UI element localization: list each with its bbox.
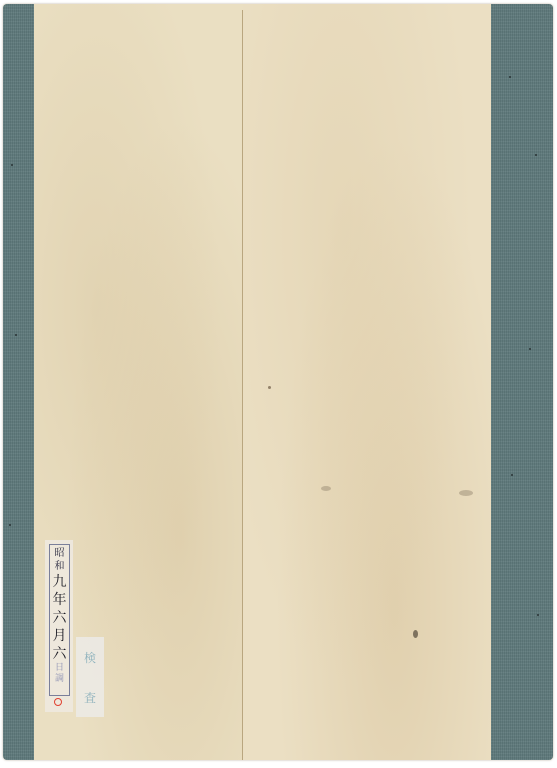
year-char-2: 年 bbox=[53, 591, 67, 609]
year-char-1: 九 bbox=[53, 573, 67, 591]
right-cloth-binding bbox=[491, 4, 553, 760]
day-char: 六 bbox=[53, 645, 67, 663]
date-stamp-box: 昭 和 九 年 六 月 六 日 調 bbox=[49, 544, 70, 696]
right-paper-panel bbox=[243, 4, 495, 760]
month-char-1: 六 bbox=[53, 609, 67, 627]
name-char-1: 検 bbox=[84, 649, 96, 666]
date-stamp-label: 昭 和 九 年 六 月 六 日 調 bbox=[45, 540, 73, 712]
red-circle-mark bbox=[54, 698, 62, 706]
name-char-2: 査 bbox=[84, 689, 96, 706]
name-label: 検 査 bbox=[76, 637, 104, 717]
faint-stamp-text: 調 bbox=[55, 674, 64, 685]
era-char-1: 昭 bbox=[55, 547, 65, 560]
left-cloth-binding bbox=[3, 4, 34, 760]
month-char-2: 月 bbox=[53, 627, 67, 645]
day-suffix-char: 日 bbox=[55, 663, 64, 674]
era-char-2: 和 bbox=[55, 560, 65, 573]
